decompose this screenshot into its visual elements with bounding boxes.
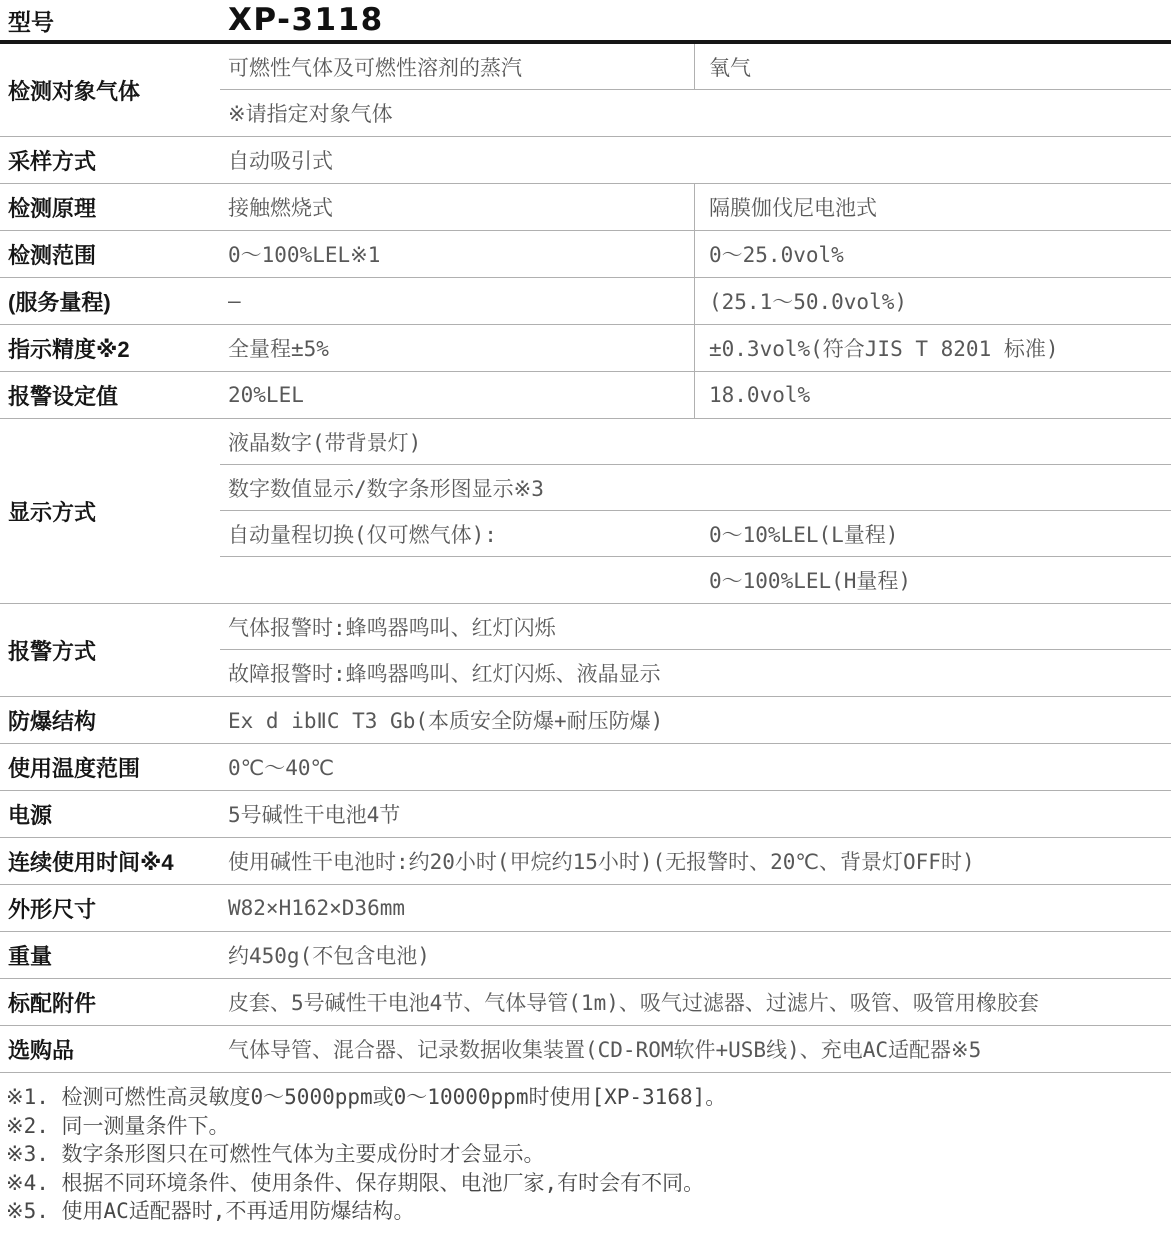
cell-combustible: 可燃性气体及可燃性溶剂的蒸汽 (220, 44, 695, 89)
row-label: 连续使用时间※4 (0, 838, 220, 884)
spec-row-dimensions: 外形尺寸 W82×H162×D36mm (0, 885, 1171, 932)
spec-row-temperature: 使用温度范围 0℃〜40℃ (0, 744, 1171, 791)
sub-row: 故障报警时:蜂鸣器鸣叫、红灯闪烁、液晶显示 (220, 650, 1171, 696)
cell-value: 使用碱性干电池时:约20小时(甲烷约15小时)(无报警时、20℃、背景灯OFF时… (220, 838, 1171, 884)
cell-right: ±0.3vol%(符合JIS T 8201 标准) (695, 325, 1171, 371)
sub-row: 气体报警时:蜂鸣器鸣叫、红灯闪烁 (220, 604, 1171, 650)
spec-row-power: 电源 5号碱性干电池4节 (0, 791, 1171, 838)
cell-left: 接触燃烧式 (220, 184, 695, 230)
sub-row: ※请指定对象气体 (220, 90, 1171, 136)
sub-row: 数字数值显示/数字条形图显示※3 (220, 465, 1171, 511)
row-label: 报警设定值 (0, 372, 220, 418)
row-label: 采样方式 (0, 137, 220, 183)
footnotes: ※1. 检测可燃性高灵敏度0〜5000ppm或0〜10000ppm时使用[XP-… (0, 1073, 1171, 1232)
row-label: 使用温度范围 (0, 744, 220, 790)
spec-row-target-gas: 检测对象气体 可燃性气体及可燃性溶剂的蒸汽 氧气 ※请指定对象气体 (0, 44, 1171, 137)
cell-left: – (220, 278, 695, 324)
row-label: 报警方式 (0, 604, 220, 696)
spec-row-range: 检测范围 0〜100%LEL※1 0〜25.0vol% (0, 231, 1171, 278)
cell-right: 18.0vol% (695, 372, 1171, 418)
cell-value: 故障报警时:蜂鸣器鸣叫、红灯闪烁、液晶显示 (220, 650, 1171, 696)
sub-row: 自动量程切换(仅可燃气体): 0〜10%LEL(L量程) (220, 511, 1171, 557)
cell-left: 0〜100%LEL※1 (220, 231, 695, 277)
spec-row-battery-life: 连续使用时间※4 使用碱性干电池时:约20小时(甲烷约15小时)(无报警时、20… (0, 838, 1171, 885)
row-label: 检测原理 (0, 184, 220, 230)
spec-row-accessories: 标配附件 皮套、5号碱性干电池4节、气体导管(1m)、吸气过滤器、过滤片、吸管、… (0, 979, 1171, 1026)
cell-value: 0℃〜40℃ (220, 744, 1171, 790)
spec-row-sampling: 采样方式 自动吸引式 (0, 137, 1171, 184)
row-label: 外形尺寸 (0, 885, 220, 931)
sub-row: 0〜100%LEL(H量程) (220, 557, 1171, 603)
cell-value: 自动吸引式 (220, 137, 1171, 183)
cell-value: 气体导管、混合器、记录数据收集装置(CD-ROM软件+USB线)、充电AC适配器… (220, 1026, 1171, 1072)
cell-left: 全量程±5% (220, 325, 695, 371)
row-label: (服务量程) (0, 278, 220, 324)
cell-note: ※请指定对象气体 (220, 90, 1171, 136)
spec-row-principle: 检测原理 接触燃烧式 隔膜伽伐尼电池式 (0, 184, 1171, 231)
cell-right: 0〜100%LEL(H量程) (695, 557, 1171, 603)
row-label: 标配附件 (0, 979, 220, 1025)
footnote-1: ※1. 检测可燃性高灵敏度0〜5000ppm或0〜10000ppm时使用[XP-… (6, 1083, 1171, 1112)
cell-value: 5号碱性干电池4节 (220, 791, 1171, 837)
cell-left: 自动量程切换(仅可燃气体): (220, 511, 695, 556)
row-label: 显示方式 (0, 419, 220, 603)
footnote-4: ※4. 根据不同环境条件、使用条件、保存期限、电池厂家,有时会有不同。 (6, 1169, 1171, 1198)
spec-table: 型号 XP-3118 检测对象气体 可燃性气体及可燃性溶剂的蒸汽 氧气 ※请指定… (0, 0, 1171, 1232)
spec-row-service-range: (服务量程) – (25.1〜50.0vol%) (0, 278, 1171, 325)
cell-value: Ex d ibⅡC T3 Gb(本质安全防爆+耐压防爆) (220, 697, 1171, 743)
row-label: 检测对象气体 (0, 44, 220, 136)
sub-row: 液晶数字(带背景灯) (220, 419, 1171, 465)
cell-right: (25.1〜50.0vol%) (695, 278, 1171, 324)
cell-right: 0〜10%LEL(L量程) (695, 511, 1171, 556)
cell-right: 0〜25.0vol% (695, 231, 1171, 277)
cell-value: 约450g(不包含电池) (220, 932, 1171, 978)
spec-row-alarm-setpoint: 报警设定值 20%LEL 18.0vol% (0, 372, 1171, 419)
model-header-row: 型号 XP-3118 (0, 0, 1171, 44)
cell-left: 20%LEL (220, 372, 695, 418)
model-number: XP-3118 (220, 2, 384, 38)
cell-value: 液晶数字(带背景灯) (220, 419, 1171, 464)
spec-row-explosionproof: 防爆结构 Ex d ibⅡC T3 Gb(本质安全防爆+耐压防爆) (0, 697, 1171, 744)
row-label: 指示精度※2 (0, 325, 220, 371)
row-label: 选购品 (0, 1026, 220, 1072)
row-label: 检测范围 (0, 231, 220, 277)
cell-right: 隔膜伽伐尼电池式 (695, 184, 1171, 230)
model-label: 型号 (0, 4, 220, 37)
cell-value: W82×H162×D36mm (220, 885, 1171, 931)
footnote-3: ※3. 数字条形图只在可燃性气体为主要成份时才会显示。 (6, 1140, 1171, 1169)
row-label: 电源 (0, 791, 220, 837)
cell-value: 数字数值显示/数字条形图显示※3 (220, 465, 1171, 510)
cell-value: 皮套、5号碱性干电池4节、气体导管(1m)、吸气过滤器、过滤片、吸管、吸管用橡胶… (220, 979, 1171, 1025)
cell-left (220, 557, 695, 603)
spec-row-accuracy: 指示精度※2 全量程±5% ±0.3vol%(符合JIS T 8201 标准) (0, 325, 1171, 372)
row-label: 重量 (0, 932, 220, 978)
sub-row: 可燃性气体及可燃性溶剂的蒸汽 氧气 (220, 44, 1171, 90)
spec-row-alarm-type: 报警方式 气体报警时:蜂鸣器鸣叫、红灯闪烁 故障报警时:蜂鸣器鸣叫、红灯闪烁、液… (0, 604, 1171, 697)
spec-row-options: 选购品 气体导管、混合器、记录数据收集装置(CD-ROM软件+USB线)、充电A… (0, 1026, 1171, 1073)
footnote-5: ※5. 使用AC适配器时,不再适用防爆结构。 (6, 1197, 1171, 1226)
spec-row-display: 显示方式 液晶数字(带背景灯) 数字数值显示/数字条形图显示※3 自动量程切换(… (0, 419, 1171, 604)
cell-oxygen: 氧气 (695, 44, 1171, 89)
spec-row-weight: 重量 约450g(不包含电池) (0, 932, 1171, 979)
row-label: 防爆结构 (0, 697, 220, 743)
cell-value: 气体报警时:蜂鸣器鸣叫、红灯闪烁 (220, 604, 1171, 649)
footnote-2: ※2. 同一测量条件下。 (6, 1112, 1171, 1141)
